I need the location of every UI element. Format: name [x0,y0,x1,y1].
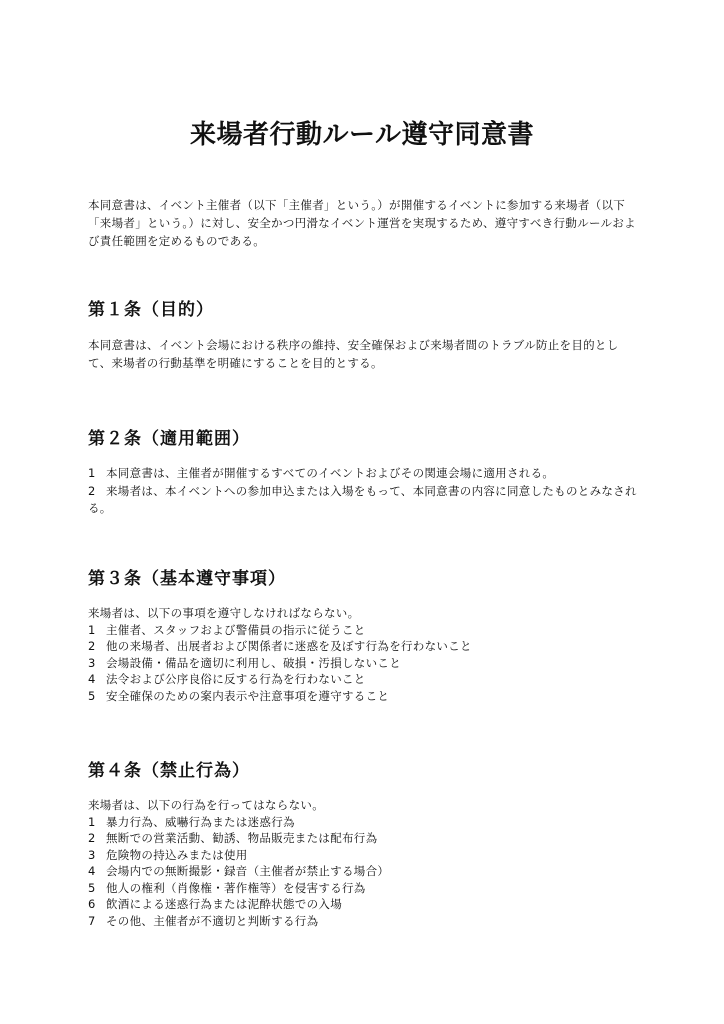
list-item: 5安全確保のための案内表示や注意事項を遵守すること [88,688,638,705]
article-2-heading: 第２条（適用範囲） [88,427,638,451]
item-text: 危険物の持込みまたは使用 [106,847,638,864]
intro-paragraph: 本同意書は、イベント主催者（以下「主催者」という。）が開催するイベントに参加する… [88,196,638,250]
list-item: 1 本同意書は、主催者が開催するすべてのイベントおよびその関連会場に適用される。 [88,465,638,483]
list-item: 1主催者、スタッフおよび警備員の指示に従うこと [88,622,638,639]
item-number: 2 [88,638,106,655]
article-1-body: 本同意書は、イベント会場における秩序の維持、安全確保および来場者間のトラブル防止… [88,336,638,372]
article-2: 第２条（適用範囲） 1 本同意書は、主催者が開催するすべてのイベントおよびその関… [88,427,638,518]
list-item: 4会場内での無断撮影・録音（主催者が禁止する場合） [88,863,638,880]
item-number: 4 [88,863,106,880]
article-4-lead: 来場者は、以下の行為を行ってはならない。 [88,797,638,814]
item-text: 飲酒による迷惑行為または泥酔状態での入場 [106,896,638,913]
list-item: 4法令および公序良俗に反する行為を行わないこと [88,671,638,688]
list-item: 3危険物の持込みまたは使用 [88,847,638,864]
item-text: 本同意書は、主催者が開催するすべてのイベントおよびその関連会場に適用される。 [106,465,638,483]
document-title: 来場者行動ルール遵守同意書 [0,118,724,152]
article-1-heading: 第１条（目的） [88,298,638,322]
article-4-list: 1暴力行為、威嚇行為または迷惑行為 2無断での営業活動、勧誘、物品販売または配布… [88,814,638,930]
intro-section: 本同意書は、イベント主催者（以下「主催者」という。）が開催するイベントに参加する… [88,196,638,250]
list-item: 2来場者は、本イベントへの参加申込または入場をもって、本同意書の内容に同意したも… [88,483,638,518]
item-number: 3 [88,847,106,864]
item-text: 暴力行為、威嚇行為または迷惑行為 [106,814,638,831]
item-number: 1 [88,814,106,831]
item-text: 他の来場者、出展者および関係者に迷惑を及ぼす行為を行わないこと [106,638,638,655]
article-4: 第４条（禁止行為） 来場者は、以下の行為を行ってはならない。 1暴力行為、威嚇行… [88,759,638,929]
item-number: 6 [88,896,106,913]
item-text: 法令および公序良俗に反する行為を行わないこと [106,671,638,688]
article-4-heading: 第４条（禁止行為） [88,759,638,783]
document-page: 来場者行動ルール遵守同意書 本同意書は、イベント主催者（以下「主催者」という。）… [0,0,724,1024]
list-item: 7その他、主催者が不適切と判断する行為 [88,913,638,930]
article-3-heading: 第３条（基本遵守事項） [88,567,638,591]
article-3: 第３条（基本遵守事項） 来場者は、以下の事項を遵守しなければならない。 1主催者… [88,567,638,704]
item-number: 4 [88,671,106,688]
list-item: 2無断での営業活動、勧誘、物品販売または配布行為 [88,830,638,847]
item-number: 5 [88,880,106,897]
item-text: 安全確保のための案内表示や注意事項を遵守すること [106,688,638,705]
list-item: 5他人の権利（肖像権・著作権等）を侵害する行為 [88,880,638,897]
list-item: 1暴力行為、威嚇行為または迷惑行為 [88,814,638,831]
item-number: 3 [88,655,106,672]
list-item: 3会場設備・備品を適切に利用し、破損・汚損しないこと [88,655,638,672]
item-number: 2 [88,830,106,847]
article-3-lead: 来場者は、以下の事項を遵守しなければならない。 [88,605,638,622]
item-text: 他人の権利（肖像権・著作権等）を侵害する行為 [106,880,638,897]
item-text: 来場者は、本イベントへの参加申込または入場をもって、本同意書の内容に同意したもの… [88,484,637,516]
list-item: 2他の来場者、出展者および関係者に迷惑を及ぼす行為を行わないこと [88,638,638,655]
item-text: 無断での営業活動、勧誘、物品販売または配布行為 [106,830,638,847]
item-number: 1 [88,465,106,483]
article-1: 第１条（目的） 本同意書は、イベント会場における秩序の維持、安全確保および来場者… [88,298,638,372]
item-text: 会場設備・備品を適切に利用し、破損・汚損しないこと [106,655,638,672]
item-number: 5 [88,688,106,705]
item-number: 7 [88,913,106,930]
item-number: 1 [88,622,106,639]
item-text: その他、主催者が不適切と判断する行為 [106,913,638,930]
item-text: 主催者、スタッフおよび警備員の指示に従うこと [106,622,638,639]
article-2-list: 1 本同意書は、主催者が開催するすべてのイベントおよびその関連会場に適用される。… [88,465,638,518]
item-text: 会場内での無断撮影・録音（主催者が禁止する場合） [106,863,638,880]
article-3-list: 1主催者、スタッフおよび警備員の指示に従うこと 2他の来場者、出展者および関係者… [88,622,638,705]
list-item: 6飲酒による迷惑行為または泥酔状態での入場 [88,896,638,913]
item-number: 2 [88,483,106,501]
